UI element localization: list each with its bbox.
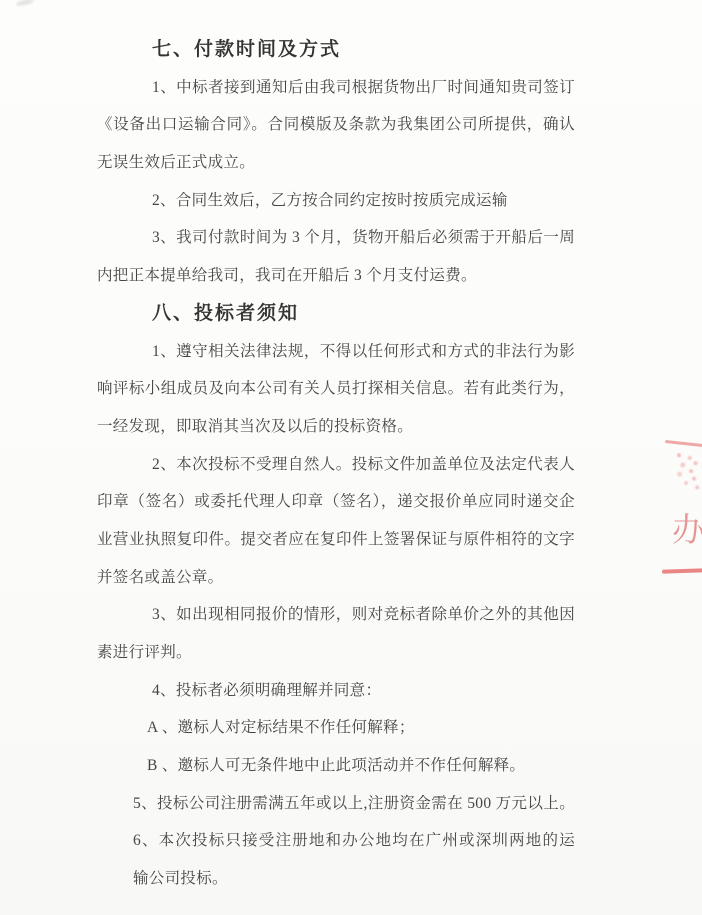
red-stamp-partial: 办 [660,438,702,583]
doc-line-item-a: A 、邀标人对定标结果不作任何解释； [97,709,575,747]
doc-line: 素进行评判。 [97,634,575,672]
doc-line: 输公司投标。 [97,860,575,898]
doc-line: 3、我司付款时间为 3 个月，货物开船后必须需于开船后一周 [97,219,575,257]
document-text-block: 七、付款时间及方式 1、中标者接到通知后由我司根据货物出厂时间通知贵司签订 《设… [97,31,575,898]
section-8-heading: 八、投标者须知 [97,295,575,333]
doc-line: 并签名或盖公章。 [97,559,575,597]
stamp-character: 办 [672,512,702,548]
doc-line: 无误生效后正式成立。 [97,144,575,182]
document-page: 七、付款时间及方式 1、中标者接到通知后由我司根据货物出厂时间通知贵司签订 《设… [0,0,702,915]
doc-line: 印章（签名）或委托代理人印章（签名），递交报价单应同时递交企 [97,483,575,521]
section-7-heading: 七、付款时间及方式 [97,31,575,69]
doc-line: 业营业执照复印件。提交者应在复印件上签署保证与原件相符的文字 [97,521,575,559]
doc-line: 2、合同生效后，乙方按合同约定按时按质完成运输 [97,182,575,220]
doc-line: 内把正本提单给我司，我司在开船后 3 个月支付运费。 [97,257,575,295]
doc-line: 5、投标公司注册需满五年或以上,注册资金需在 500 万元以上。 [97,785,575,823]
doc-line: 响评标小组成员及向本公司有关人员打探相关信息。若有此类行为， [97,370,575,408]
doc-line: 《设备出口运输合同》。合同模版及条款为我集团公司所提供，确认 [97,106,575,144]
doc-line: 1、中标者接到通知后由我司根据货物出厂时间通知贵司签订 [97,69,575,107]
doc-line: 一经发现，即取消其当次及以后的投标资格。 [97,408,575,446]
stamp-illegible-character [670,450,702,494]
doc-line-item-b: B 、邀标人可无条件地中止此项活动并不作任何解释。 [97,747,575,785]
doc-line: 2、本次投标不受理自然人。投标文件加盖单位及法定代表人 [97,446,575,484]
scan-smudge [16,0,35,7]
stamp-top-line [665,440,702,446]
doc-line: 4、投标者必须明确理解并同意： [97,672,575,710]
doc-line: 3、如出现相同报价的情形，则对竞标者除单价之外的其他因 [97,596,575,634]
stamp-bottom-line [662,568,702,573]
doc-line: 6、本次投标只接受注册地和办公地均在广州或深圳两地的运 [97,822,575,860]
doc-line: 1、遵守相关法律法规，不得以任何形式和方式的非法行为影 [97,333,575,371]
